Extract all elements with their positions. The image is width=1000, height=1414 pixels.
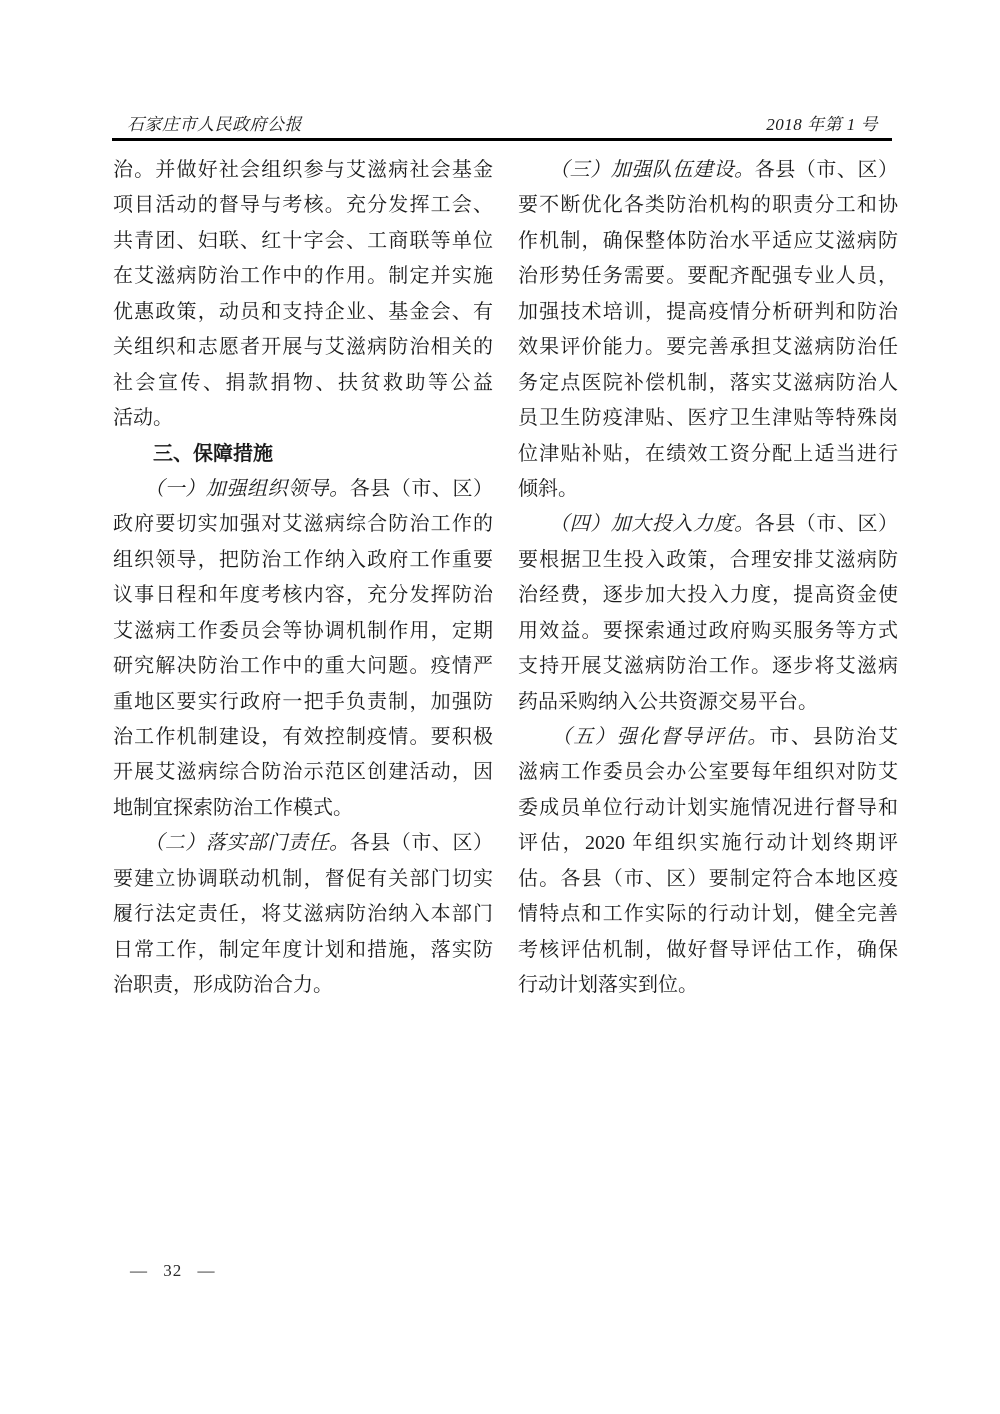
text-segment: 政府要切实加强对艾滋病综合防治工作的 xyxy=(113,513,493,535)
text-segment: 加强技术培训，提高疫情分析研判和防治 xyxy=(518,301,898,323)
text-line: 估。各县（市、区）要制定符合本地区疫 xyxy=(518,862,898,897)
text-segment: 支持开展艾滋病防治工作。逐步将艾滋病 xyxy=(518,655,898,677)
text-segment xyxy=(113,478,154,500)
text-segment: 社会宣传、捐款捐物、扶贫救助等公益 xyxy=(113,372,493,394)
text-segment: 开展艾滋病综合防治示范区创建活动，因 xyxy=(113,761,493,783)
text-line: 员卫生防疫津贴、医疗卫生津贴等特殊岗 xyxy=(518,401,898,436)
text-line: （三）加强队伍建设。各县（市、区） xyxy=(518,153,898,188)
text-segment: 各县（市、区） xyxy=(350,478,493,500)
text-segment: 治工作机制建设，有效控制疫情。要积极 xyxy=(113,726,493,748)
text-line: 务定点医院补偿机制，落实艾滋病防治人 xyxy=(518,366,898,401)
text-line: 重地区要实行政府一把手负责制，加强防 xyxy=(113,685,493,720)
text-segment: 组织领导，把防治工作纳入政府工作重要 xyxy=(113,549,493,571)
text-line: 在艾滋病防治工作中的作用。制定并实施 xyxy=(113,259,493,294)
text-segment: 考核评估机制，做好督导评估工作，确保 xyxy=(518,939,898,961)
text-line: 考核评估机制，做好督导评估工作，确保 xyxy=(518,933,898,968)
text-segment: 评估，2020 年组织实施行动计划终期评 xyxy=(518,832,898,854)
text-line: （四）加大投入力度。各县（市、区） xyxy=(518,507,898,542)
text-segment: 地制宜探索防治工作模式。 xyxy=(113,797,353,819)
text-line: 要不断优化各类防治机构的职责分工和协 xyxy=(518,188,898,223)
text-line: 效果评价能力。要完善承担艾滋病防治任 xyxy=(518,330,898,365)
text-segment: 市、县防治艾 xyxy=(769,726,898,748)
text-line: （二）落实部门责任。各县（市、区） xyxy=(113,826,493,861)
text-segment-kai: （三）加强队伍建设。 xyxy=(559,159,755,181)
text-line: 日常工作，制定年度计划和措施，落实防 xyxy=(113,933,493,968)
text-line: 组织领导，把防治工作纳入政府工作重要 xyxy=(113,543,493,578)
text-line: 行动计划落实到位。 xyxy=(518,968,898,1003)
text-segment: 治职责，形成防治合力。 xyxy=(113,974,333,996)
text-line: 情特点和工作实际的行动计划，健全完善 xyxy=(518,897,898,932)
text-line: 支持开展艾滋病防治工作。逐步将艾滋病 xyxy=(518,649,898,684)
text-segment: 要建立协调联动机制，督促有关部门切实 xyxy=(113,868,493,890)
text-line: 关组织和志愿者开展与艾滋病防治相关的 xyxy=(113,330,493,365)
text-line: 三、保障措施 xyxy=(113,437,493,472)
text-line: 药品采购纳入公共资源交易平台。 xyxy=(518,685,898,720)
text-line: 要根据卫生投入政策，合理安排艾滋病防 xyxy=(518,543,898,578)
text-line: 项目活动的督导与考核。充分发挥工会、 xyxy=(113,188,493,223)
text-line: 加强技术培训，提高疫情分析研判和防治 xyxy=(518,295,898,330)
text-line: 履行法定责任，将艾滋病防治纳入本部门 xyxy=(113,897,493,932)
text-segment: 要根据卫生投入政策，合理安排艾滋病防 xyxy=(518,549,898,571)
gazette-page: 石家庄市人民政府公报 2018 年第 1 号 治。并做好社会组织参与艾滋病社会基… xyxy=(0,0,1000,1414)
text-segment: 各县（市、区） xyxy=(755,513,898,535)
text-line: 治经费，逐步加大投入力度，提高资金使 xyxy=(518,578,898,613)
text-segment: 日常工作，制定年度计划和措施，落实防 xyxy=(113,939,493,961)
text-line: 治形势任务需要。要配齐配强专业人员， xyxy=(518,259,898,294)
text-segment: 治。并做好社会组织参与艾滋病社会基金 xyxy=(113,159,493,181)
text-line: 共青团、妇联、红十字会、工商联等单位 xyxy=(113,224,493,259)
text-segment: 效果评价能力。要完善承担艾滋病防治任 xyxy=(518,336,898,358)
header-rule xyxy=(112,138,892,141)
text-line: 用效益。要探索通过政府购买服务等方式 xyxy=(518,614,898,649)
text-line: 滋病工作委员会办公室要每年组织对防艾 xyxy=(518,755,898,790)
text-segment xyxy=(113,832,154,854)
text-line: 艾滋病工作委员会等协调机制作用，定期 xyxy=(113,614,493,649)
text-line: 开展艾滋病综合防治示范区创建活动，因 xyxy=(113,755,493,790)
text-line: 研究解决防治工作中的重大问题。疫情严 xyxy=(113,649,493,684)
text-segment: 艾滋病工作委员会等协调机制作用，定期 xyxy=(113,620,493,642)
text-line: 评估，2020 年组织实施行动计划终期评 xyxy=(518,826,898,861)
text-line: 地制宜探索防治工作模式。 xyxy=(113,791,493,826)
text-line: 位津贴补贴，在绩效工资分配上适当进行 xyxy=(518,437,898,472)
text-segment: 作机制，确保整体防治水平适应艾滋病防 xyxy=(518,230,898,252)
text-line: 要建立协调联动机制，督促有关部门切实 xyxy=(113,862,493,897)
text-line: 治。并做好社会组织参与艾滋病社会基金 xyxy=(113,153,493,188)
text-segment: 活动。 xyxy=(113,407,173,429)
text-segment: 治形势任务需要。要配齐配强专业人员， xyxy=(518,265,898,287)
text-column-left: 治。并做好社会组织参与艾滋病社会基金项目活动的督导与考核。充分发挥工会、共青团、… xyxy=(113,153,493,1004)
text-line: 议事日程和年度考核内容，充分发挥防治 xyxy=(113,578,493,613)
text-line: （一）加强组织领导。各县（市、区） xyxy=(113,472,493,507)
text-segment: 药品采购纳入公共资源交易平台。 xyxy=(518,691,818,713)
text-segment: 滋病工作委员会办公室要每年组织对防艾 xyxy=(518,761,898,783)
text-line: 倾斜。 xyxy=(518,472,898,507)
text-segment: 行动计划落实到位。 xyxy=(518,974,698,996)
issue-number: 2018 年第 1 号 xyxy=(766,110,878,135)
text-segment: 倾斜。 xyxy=(518,478,578,500)
text-segment: 项目活动的督导与考核。充分发挥工会、 xyxy=(113,194,493,216)
text-segment: 各县（市、区） xyxy=(755,159,898,181)
text-line: 治职责，形成防治合力。 xyxy=(113,968,493,1003)
gazette-title: 石家庄市人民政府公报 xyxy=(127,110,302,135)
page-number: — 32 — xyxy=(130,1261,216,1281)
text-segment: 情特点和工作实际的行动计划，健全完善 xyxy=(518,903,898,925)
text-line: 优惠政策，动员和支持企业、基金会、有 xyxy=(113,295,493,330)
text-segment: 在艾滋病防治工作中的作用。制定并实施 xyxy=(113,265,493,287)
text-segment xyxy=(518,726,562,748)
text-segment xyxy=(518,513,559,535)
text-segment: 共青团、妇联、红十字会、工商联等单位 xyxy=(113,230,493,252)
text-segment: 各县（市、区） xyxy=(350,832,493,854)
text-segment: 位津贴补贴，在绩效工资分配上适当进行 xyxy=(518,443,898,465)
text-line: 社会宣传、捐款捐物、扶贫救助等公益 xyxy=(113,366,493,401)
text-segment: 估。各县（市、区）要制定符合本地区疫 xyxy=(518,868,898,890)
text-segment xyxy=(518,159,559,181)
text-segment: 务定点医院补偿机制，落实艾滋病防治人 xyxy=(518,372,898,394)
text-segment: 用效益。要探索通过政府购买服务等方式 xyxy=(518,620,898,642)
text-segment: 治经费，逐步加大投入力度，提高资金使 xyxy=(518,584,898,606)
text-segment-kai: （一）加强组织领导。 xyxy=(154,478,350,500)
text-segment: 优惠政策，动员和支持企业、基金会、有 xyxy=(113,301,493,323)
text-segment: 要不断优化各类防治机构的职责分工和协 xyxy=(518,194,898,216)
text-segment: 员卫生防疫津贴、医疗卫生津贴等特殊岗 xyxy=(518,407,898,429)
text-line: 政府要切实加强对艾滋病综合防治工作的 xyxy=(113,507,493,542)
text-line: （五）强化督导评估。市、县防治艾 xyxy=(518,720,898,755)
text-segment-kai: （四）加大投入力度。 xyxy=(559,513,755,535)
text-segment: 关组织和志愿者开展与艾滋病防治相关的 xyxy=(113,336,493,358)
text-segment xyxy=(113,443,153,465)
text-segment: 委成员单位行动计划实施情况进行督导和 xyxy=(518,797,898,819)
text-segment-hei: 三、保障措施 xyxy=(153,443,273,465)
text-segment: 议事日程和年度考核内容，充分发挥防治 xyxy=(113,584,493,606)
text-line: 活动。 xyxy=(113,401,493,436)
text-segment: 履行法定责任，将艾滋病防治纳入本部门 xyxy=(113,903,493,925)
text-line: 作机制，确保整体防治水平适应艾滋病防 xyxy=(518,224,898,259)
text-segment-kai: （五）强化督导评估。 xyxy=(562,726,770,748)
text-segment: 研究解决防治工作中的重大问题。疫情严 xyxy=(113,655,493,677)
text-column-right: （三）加强队伍建设。各县（市、区）要不断优化各类防治机构的职责分工和协作机制，确… xyxy=(518,153,898,1004)
text-line: 委成员单位行动计划实施情况进行督导和 xyxy=(518,791,898,826)
text-line: 治工作机制建设，有效控制疫情。要积极 xyxy=(113,720,493,755)
text-segment-kai: （二）落实部门责任。 xyxy=(154,832,350,854)
text-segment: 重地区要实行政府一把手负责制，加强防 xyxy=(113,691,493,713)
